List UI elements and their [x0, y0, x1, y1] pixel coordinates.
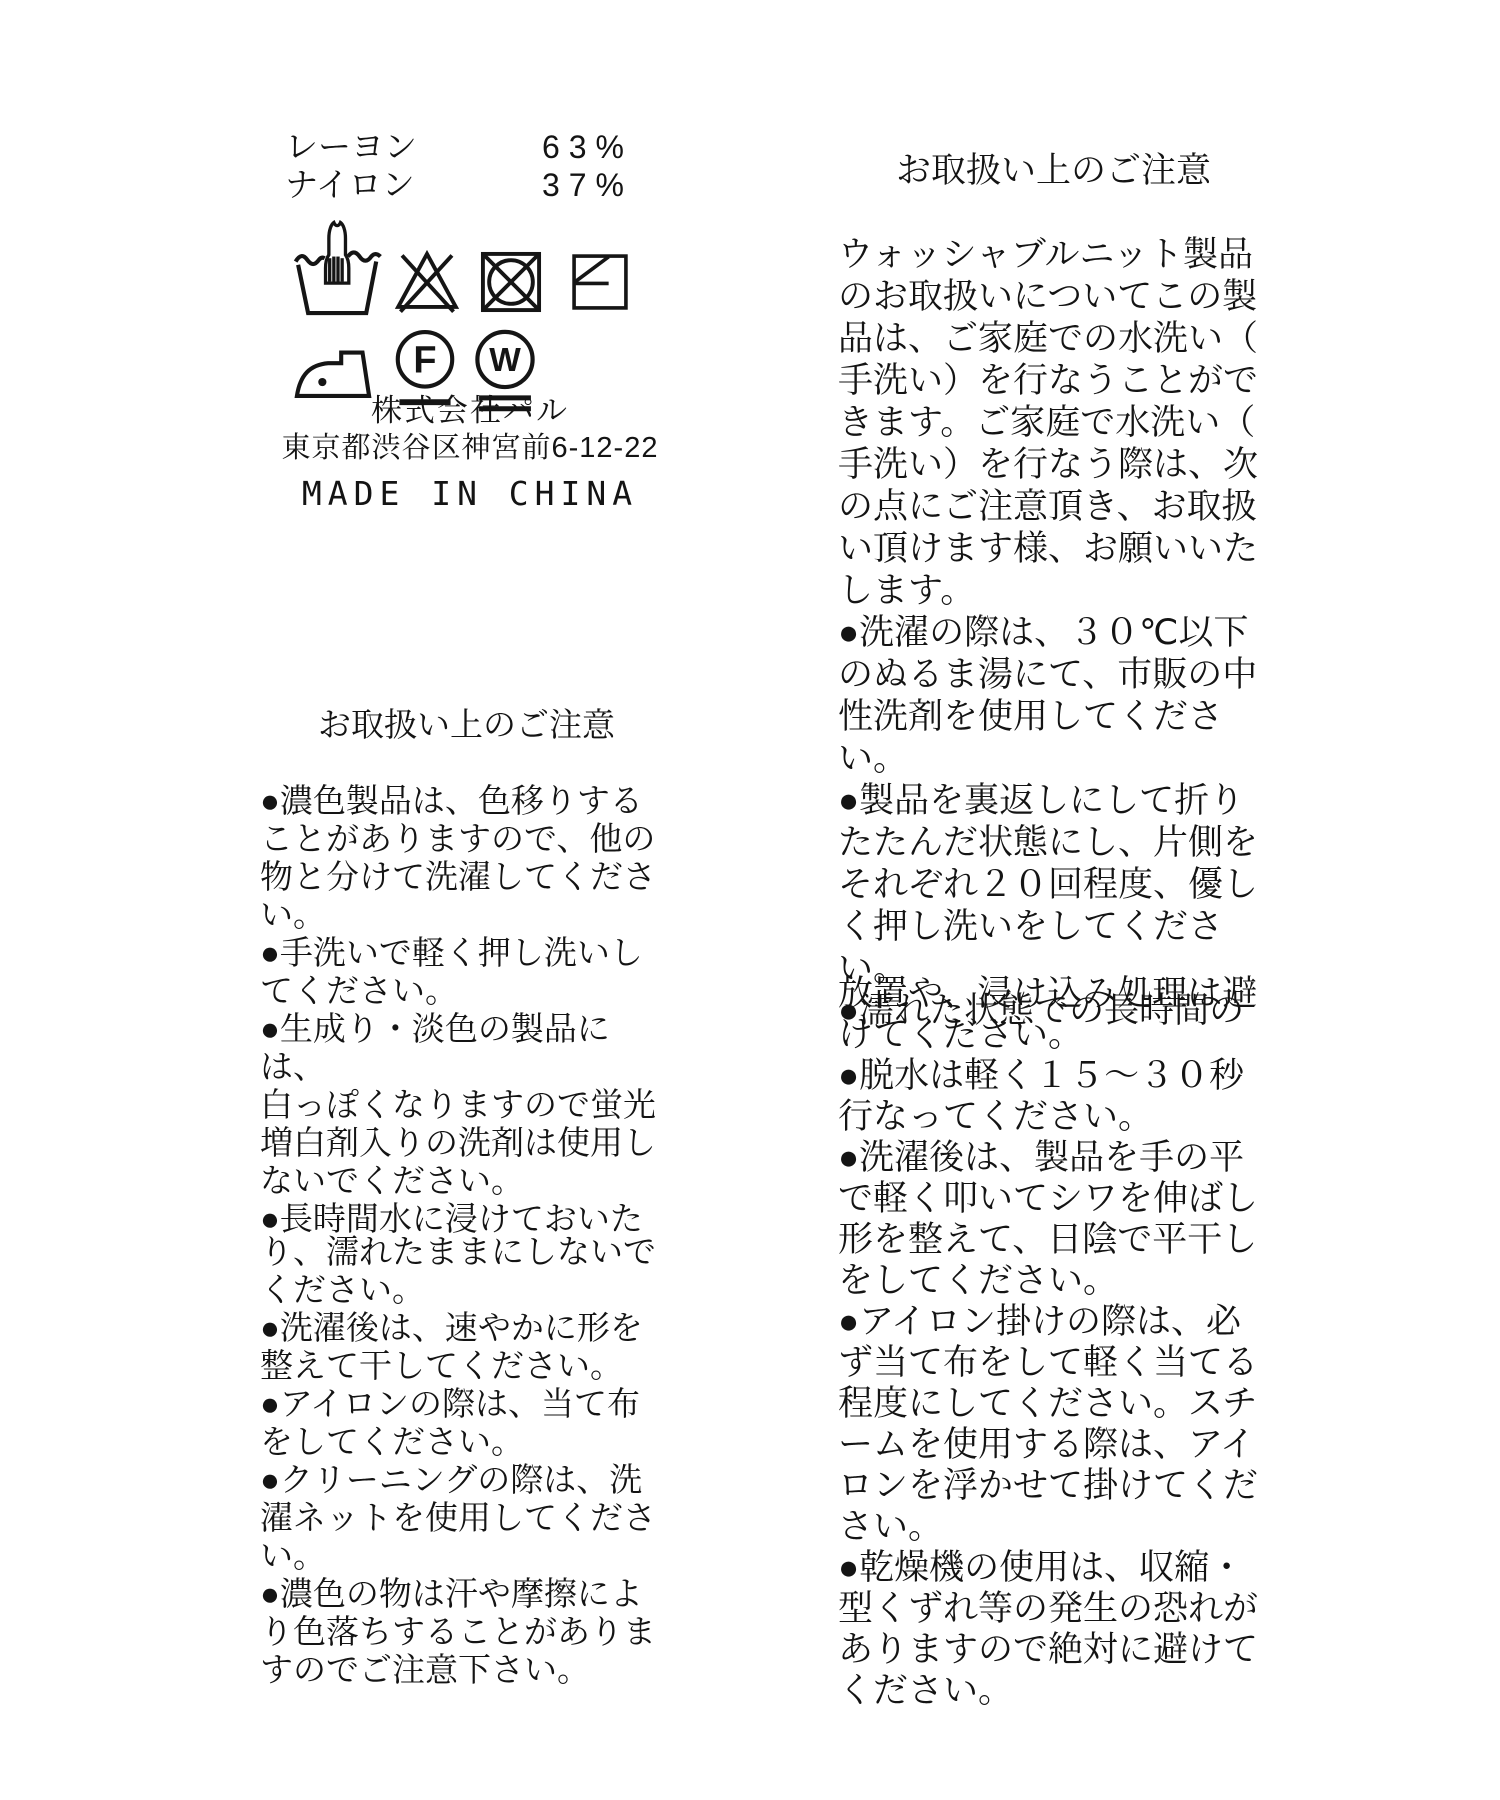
- country-of-origin: MADE IN CHINA: [190, 474, 750, 514]
- svg-text:W: W: [489, 342, 521, 379]
- care-instructions-text: 放置や、浸け込み処理は避 けてください。 ●脱水は軽く１５～３０秒 行なってくだ…: [838, 973, 1280, 1711]
- left-care-block-2: り、濡れたままにしないで ください。 ●洗濯後は、速やかに形を 整えて干してくだ…: [260, 1195, 662, 1727]
- right-care-block-2: 放置や、浸け込み処理は避 けてください。 ●脱水は軽く１５～３０秒 行なってくだ…: [838, 932, 1280, 1752]
- care-instructions-text: り、濡れたままにしないで ください。 ●洗濯後は、速やかに形を 整えて干してくだ…: [260, 1233, 662, 1689]
- care-instructions-text: ●濃色製品は、色移りする ことがありますので、他の 物と分けて洗濯してくださ い…: [260, 782, 662, 1238]
- care-section-title: お取扱い上のご注意: [838, 150, 1280, 192]
- do-not-tumble-dry-icon: [472, 243, 550, 321]
- hand-wash-icon: [292, 220, 384, 318]
- care-label-page: レーヨン 63% ナイロン 37%: [0, 0, 1500, 1800]
- company-name: 株式会社パル: [190, 392, 750, 430]
- material-percent: 63%: [542, 128, 633, 166]
- iron-low-heat-icon: [292, 326, 374, 402]
- dry-flat-in-shade-icon: [564, 243, 636, 321]
- composition-row: ナイロン 37%: [285, 166, 633, 204]
- material-name: ナイロン: [285, 166, 415, 204]
- material-percent: 37%: [542, 166, 633, 204]
- manufacturer-block: 株式会社パル 東京都渋谷区神宮前6-12-22 MADE IN CHINA: [190, 392, 750, 514]
- company-address: 東京都渋谷区神宮前6-12-22: [190, 430, 750, 466]
- care-instructions-text: ウォッシャブルニット製品 のお取扱いについてこの製 品は、ご家庭での水洗い（ 手…: [838, 234, 1280, 1032]
- do-not-bleach-icon: [388, 243, 466, 321]
- material-name: レーヨン: [285, 128, 417, 166]
- fabric-composition: レーヨン 63% ナイロン 37%: [285, 128, 633, 204]
- left-care-block-1: お取扱い上のご注意 ●濃色製品は、色移りする ことがありますので、他の 物と分け…: [260, 668, 662, 1276]
- composition-row: レーヨン 63%: [285, 128, 633, 166]
- svg-text:F: F: [413, 339, 436, 381]
- care-section-title: お取扱い上のご注意: [260, 706, 662, 744]
- right-care-block-1: お取扱い上のご注意 ウォッシャブルニット製品 のお取扱いについてこの製 品は、ご…: [838, 108, 1280, 1074]
